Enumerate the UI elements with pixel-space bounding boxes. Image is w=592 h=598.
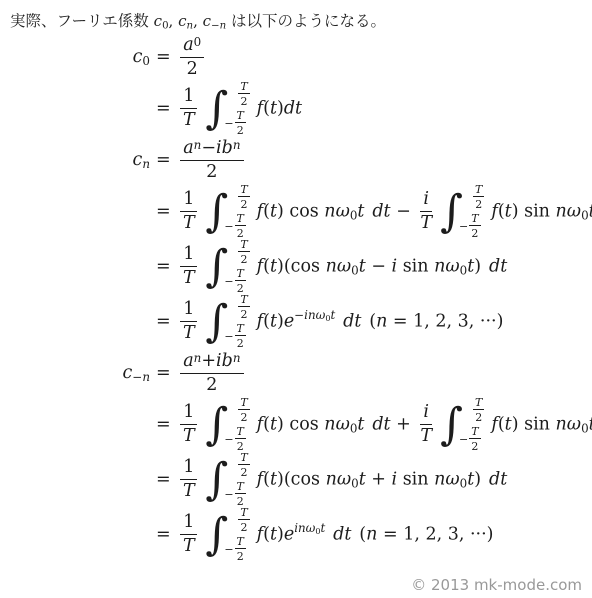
- math-roman: −: [224, 331, 233, 343]
- fraction-numerator: T: [238, 506, 249, 520]
- fraction-numerator: T: [238, 80, 249, 94]
- fraction-numerator: T: [235, 535, 246, 549]
- math-italic: nω: [556, 414, 582, 434]
- math-roman: 2: [240, 253, 247, 266]
- math-fraction: 1T: [180, 457, 197, 502]
- math-italic: t: [589, 414, 592, 434]
- integral: ∫T2−T2: [205, 399, 250, 451]
- math-italic: n: [142, 157, 150, 171]
- fraction-denominator: 2: [475, 197, 482, 211]
- math-roman: (: [263, 414, 270, 434]
- math-fraction: 1T: [180, 189, 197, 234]
- math-roman: =: [156, 47, 176, 67]
- math-italic: T: [240, 238, 247, 251]
- math-roman: (: [263, 524, 270, 544]
- math-italic: t: [505, 414, 512, 434]
- integral: ∫T2−T2: [205, 186, 250, 238]
- math-roman: +: [366, 469, 392, 489]
- math-italic: nω: [324, 414, 350, 434]
- fraction-numerator: T: [235, 425, 246, 439]
- math-italic: t: [505, 201, 512, 221]
- fraction-denominator: 2: [237, 336, 244, 350]
- math-roman: 2: [475, 411, 482, 424]
- math-italic: t: [270, 98, 277, 118]
- math-roman: 2: [240, 95, 247, 108]
- eq-cminusn-definition: c−n = an + ibn2: [56, 351, 592, 396]
- fraction-denominator: 2: [237, 549, 244, 563]
- integral-lower-bound: −T2: [459, 212, 485, 240]
- math-roman: sin: [397, 469, 434, 489]
- math-roman: 2: [471, 227, 478, 240]
- math-italic: T: [183, 323, 195, 344]
- integral-upper-bound: T2: [237, 80, 250, 108]
- integral: ∫T2−T2: [205, 241, 250, 293]
- fraction-denominator: T: [183, 322, 195, 344]
- math-italic: c: [178, 12, 186, 30]
- eq-cn-combined: = 1T∫T2−T2f(t)(cos nω0t − i sin nω0t)dt: [56, 241, 592, 293]
- fraction-numerator: T: [473, 183, 484, 197]
- math-roman: 2: [240, 411, 247, 424]
- integral-upper-bound: T2: [237, 506, 250, 534]
- math-italic: nω: [324, 201, 350, 221]
- fraction-numerator: T: [238, 293, 249, 307]
- math-italic: T: [237, 267, 244, 280]
- math-subscript: 0: [142, 54, 150, 68]
- math-roman: sin: [519, 201, 556, 221]
- math-roman: −: [224, 489, 233, 501]
- math-roman: 2: [240, 466, 247, 479]
- math-subscript: 0: [581, 208, 589, 222]
- math-italic: dt: [284, 98, 302, 118]
- math-italic: dt: [489, 256, 507, 276]
- math-roman: cos: [291, 469, 326, 489]
- fraction-denominator: 2: [240, 197, 247, 211]
- integral: ∫T2−T2: [205, 83, 250, 135]
- fraction-numerator: 1: [180, 402, 197, 425]
- math-roman: ,: [193, 12, 203, 30]
- equation-rhs: = 1T∫T2−T2f(t)e−inω0tdt(n = 1, 2, 3, ···…: [156, 296, 592, 348]
- math-italic: T: [420, 426, 432, 447]
- math-roman: )(: [277, 469, 291, 489]
- integral-upper-bound: T2: [472, 183, 485, 211]
- math-italic: t: [321, 521, 326, 535]
- math-roman: (: [263, 469, 270, 489]
- math-roman: 2: [240, 521, 247, 534]
- math-roman: −: [224, 276, 233, 288]
- math-italic: c: [203, 12, 211, 30]
- math-italic: T: [237, 109, 244, 122]
- math-roman: ): [474, 469, 481, 489]
- math-italic: n: [194, 351, 202, 365]
- integral-lower-bound: −T2: [224, 480, 250, 508]
- integral-lower-bound: −T2: [459, 425, 485, 453]
- math-fraction: T2: [235, 109, 246, 137]
- math-fraction: T2: [235, 322, 246, 350]
- math-roman: 1: [183, 189, 194, 210]
- integral-upper-bound: T2: [472, 396, 485, 424]
- math-italic: dt: [372, 201, 390, 221]
- fraction-numerator: T: [235, 322, 246, 336]
- math-roman: 1: [183, 512, 194, 533]
- intro-math-coefficients: c0, cn, c−n: [154, 12, 226, 30]
- equation-rhs: = a02: [156, 35, 592, 80]
- equation-rhs: = 1T∫T2−T2f(t) cos nω0tdt + iT∫T2−T2f(t)…: [156, 399, 592, 451]
- fraction-denominator: 2: [237, 123, 244, 137]
- math-roman: cos: [284, 414, 324, 434]
- fraction-denominator: 2: [240, 252, 247, 266]
- math-roman: sin: [519, 414, 556, 434]
- math-italic: t: [359, 256, 366, 276]
- math-roman: −: [366, 256, 392, 276]
- math-italic: nω: [326, 256, 352, 276]
- fraction-denominator: 2: [471, 226, 478, 240]
- math-subscript: n: [233, 351, 241, 372]
- integral-bounds: T2−T2: [229, 506, 250, 564]
- math-italic: T: [240, 506, 247, 519]
- math-italic: t: [270, 414, 277, 434]
- eq-cminusn-exponential: = 1T∫T2−T2f(t)einω0tdt(n = 1, 2, 3, ···): [56, 509, 592, 561]
- math-subscript: 0: [351, 263, 359, 277]
- integral: ∫T2−T2: [205, 296, 250, 348]
- math-roman: sin: [397, 256, 434, 276]
- fraction-numerator: T: [235, 480, 246, 494]
- math-roman: cos: [284, 201, 324, 221]
- eq-cn-definition: cn = an − ibn2: [56, 138, 592, 183]
- math-subscript: 0: [581, 421, 589, 435]
- math-roman: 0: [194, 35, 202, 49]
- math-fraction: a02: [180, 35, 204, 80]
- integral-upper-bound: T2: [237, 396, 250, 424]
- equation-rhs: = an − ibn2: [156, 138, 592, 183]
- math-fraction: T2: [469, 212, 480, 240]
- integral-bounds: T2−T2: [229, 183, 250, 241]
- math-italic: t: [357, 201, 364, 221]
- math-subscript: 0: [351, 476, 359, 490]
- math-roman: (: [498, 201, 505, 221]
- integral-upper-bound: T2: [237, 183, 250, 211]
- fraction-numerator: 1: [180, 457, 197, 480]
- math-roman: ): [277, 98, 284, 118]
- math-subscript: n: [194, 351, 202, 372]
- math-roman: −: [224, 221, 233, 233]
- math-italic: T: [240, 396, 247, 409]
- fraction-denominator: T: [183, 109, 195, 131]
- math-italic: t: [270, 469, 277, 489]
- math-italic: T: [237, 425, 244, 438]
- integral-lower-bound: −T2: [224, 322, 250, 350]
- math-subscript: −n: [211, 21, 226, 32]
- math-fraction: T2: [473, 396, 484, 424]
- math-fraction: 1T: [180, 244, 197, 289]
- fraction-numerator: 1: [180, 299, 197, 322]
- math-fraction: iT: [420, 189, 432, 234]
- math-italic: n: [233, 138, 241, 152]
- copyright: © 2013 mk-mode.com: [411, 576, 582, 594]
- math-fraction: iT: [420, 402, 432, 447]
- fraction-numerator: i: [420, 402, 432, 425]
- math-fraction: T2: [238, 396, 249, 424]
- fraction-denominator: 2: [240, 465, 247, 479]
- math-roman: 2: [206, 162, 217, 183]
- integral: ∫T2−T2: [205, 454, 250, 506]
- integral-bounds: T2−T2: [464, 183, 485, 241]
- document-page: 実際、フーリエ係数 c0, cn, c−n は以下のようになる。 c0 = a0…: [0, 9, 592, 561]
- math-italic: T: [183, 481, 195, 502]
- math-roman: 2: [240, 308, 247, 321]
- math-roman: ): [277, 311, 284, 331]
- integral-upper-bound: T2: [237, 238, 250, 266]
- math-italic: n: [233, 351, 241, 365]
- math-italic: T: [240, 80, 247, 93]
- math-italic: a: [183, 351, 193, 372]
- integral-bounds: T2−T2: [229, 238, 250, 296]
- math-roman: −: [211, 21, 220, 32]
- math-italic: n: [376, 311, 387, 331]
- math-roman: = 1, 2, 3, ···): [387, 311, 503, 331]
- math-roman: −: [391, 201, 417, 221]
- integral-upper-bound: T2: [237, 293, 250, 321]
- math-roman: =: [156, 469, 176, 489]
- math-italic: T: [475, 183, 482, 196]
- equation-lhs: c0: [56, 47, 156, 68]
- math-roman: 0: [351, 476, 359, 490]
- math-italic: t: [357, 414, 364, 434]
- math-italic: inω: [294, 521, 315, 535]
- fraction-numerator: T: [238, 238, 249, 252]
- math-italic: dt: [372, 414, 390, 434]
- math-subscript: n: [233, 138, 241, 159]
- equation-lhs: cn: [56, 150, 156, 171]
- math-roman: 1: [183, 402, 194, 423]
- math-roman: =: [156, 201, 176, 221]
- math-roman: 2: [237, 337, 244, 350]
- math-fraction: T2: [238, 183, 249, 211]
- fraction-denominator: T: [420, 212, 432, 234]
- integral-lower-bound: −T2: [224, 109, 250, 137]
- math-italic: nω: [434, 469, 460, 489]
- integral-bounds: T2−T2: [229, 396, 250, 454]
- math-roman: =: [156, 311, 176, 331]
- fraction-numerator: T: [235, 267, 246, 281]
- fraction-denominator: 2: [240, 307, 247, 321]
- math-fraction: T2: [238, 80, 249, 108]
- eq-c0-integral: = 1T∫T2−T2f(t)dt: [56, 83, 592, 135]
- math-roman: −: [224, 434, 233, 446]
- math-italic: T: [183, 426, 195, 447]
- math-subscript: n: [142, 157, 150, 171]
- math-italic: t: [270, 256, 277, 276]
- math-roman: ): [512, 414, 519, 434]
- math-italic: T: [237, 535, 244, 548]
- fraction-numerator: T: [469, 425, 480, 439]
- math-fraction: T2: [235, 212, 246, 240]
- fraction-denominator: 2: [240, 94, 247, 108]
- math-roman: 2: [237, 124, 244, 137]
- math-italic: T: [183, 213, 195, 234]
- math-italic: t: [270, 311, 277, 331]
- math-italic: T: [240, 183, 247, 196]
- fraction-denominator: T: [420, 425, 432, 447]
- math-roman: −: [224, 118, 233, 130]
- math-roman: 2: [240, 198, 247, 211]
- math-roman: −: [132, 370, 142, 384]
- equation-rhs: = 1T∫T2−T2f(t)dt: [156, 83, 592, 135]
- intro-suffix: は以下のようになる。: [226, 12, 386, 30]
- math-roman: =: [156, 363, 176, 383]
- intro-prefix: 実際、フーリエ係数: [10, 12, 154, 30]
- math-italic: i: [423, 189, 429, 210]
- math-italic: t: [270, 524, 277, 544]
- math-roman: ): [277, 201, 284, 221]
- math-italic: nω: [556, 201, 582, 221]
- fraction-denominator: 2: [206, 161, 217, 183]
- math-italic: t: [589, 201, 592, 221]
- math-fraction: T2: [235, 267, 246, 295]
- fraction-numerator: 1: [180, 86, 197, 109]
- integral: ∫T2−T2: [440, 186, 485, 238]
- math-roman: = 1, 2, 3, ···): [377, 524, 493, 544]
- math-italic: T: [183, 110, 195, 131]
- math-roman: +: [201, 351, 216, 372]
- math-subscript: −n: [132, 370, 150, 384]
- eq-cn-expanded: = 1T∫T2−T2f(t) cos nω0tdt − iT∫T2−T2f(t)…: [56, 186, 592, 238]
- math-roman: +: [391, 414, 417, 434]
- math-italic: a: [183, 138, 193, 159]
- math-roman: 0: [581, 208, 589, 222]
- fraction-numerator: T: [235, 109, 246, 123]
- math-roman: ): [277, 414, 284, 434]
- math-italic: t: [359, 469, 366, 489]
- math-italic: T: [240, 293, 247, 306]
- math-roman: 1: [183, 244, 194, 265]
- equation-lhs: c−n: [56, 363, 156, 384]
- equation-rhs: = 1T∫T2−T2f(t) cos nω0tdt − iT∫T2−T2f(t)…: [156, 186, 592, 238]
- eq-cminusn-combined: = 1T∫T2−T2f(t)(cos nω0t + i sin nω0t)dt: [56, 454, 592, 506]
- math-roman: 0: [351, 263, 359, 277]
- math-fraction: 1T: [180, 512, 197, 557]
- math-fraction: 1T: [180, 402, 197, 447]
- math-subscript: n: [194, 138, 202, 159]
- fraction-numerator: T: [238, 451, 249, 465]
- math-italic: e: [284, 311, 294, 331]
- math-roman: cos: [291, 256, 326, 276]
- math-subscript: 0: [194, 35, 202, 56]
- math-italic: T: [183, 268, 195, 289]
- fraction-numerator: an − ibn: [180, 138, 243, 161]
- integral-lower-bound: −T2: [224, 267, 250, 295]
- math-fraction: 1T: [180, 299, 197, 344]
- math-italic: nω: [434, 256, 460, 276]
- math-roman: −: [201, 138, 216, 159]
- math-italic: dt: [489, 469, 507, 489]
- math-italic: c: [133, 47, 143, 67]
- math-roman: =: [156, 98, 176, 118]
- math-roman: 1: [183, 457, 194, 478]
- math-roman: −: [459, 434, 468, 446]
- math-italic: dt: [333, 524, 351, 544]
- math-fraction: 1T: [180, 86, 197, 131]
- integral-bounds: T2−T2: [229, 293, 250, 351]
- math-italic: T: [237, 322, 244, 335]
- fraction-denominator: 2: [187, 58, 198, 80]
- math-fraction: an − ibn2: [180, 138, 243, 183]
- math-italic: c: [123, 363, 133, 383]
- integral-bounds: T2−T2: [229, 451, 250, 509]
- fraction-denominator: T: [183, 535, 195, 557]
- fraction-numerator: an + ibn: [180, 351, 243, 374]
- math-roman: (: [263, 256, 270, 276]
- math-italic: ib: [216, 138, 233, 159]
- math-roman: 0: [142, 54, 150, 68]
- math-superscript: inω0t: [294, 521, 325, 535]
- math-roman: 2: [206, 375, 217, 396]
- math-italic: c: [154, 12, 162, 30]
- math-roman: =: [156, 524, 176, 544]
- math-roman: (: [498, 414, 505, 434]
- integral-upper-bound: T2: [237, 451, 250, 479]
- math-italic: −inω: [294, 308, 325, 322]
- eq-c0-definition: c0 = a02: [56, 35, 592, 80]
- math-roman: −: [224, 544, 233, 556]
- fraction-denominator: T: [183, 425, 195, 447]
- integral: ∫T2−T2: [440, 399, 485, 451]
- fraction-numerator: T: [235, 212, 246, 226]
- math-fraction: T2: [238, 238, 249, 266]
- equation-rhs: = 1T∫T2−T2f(t)(cos nω0t + i sin nω0t)dt: [156, 454, 592, 506]
- fraction-denominator: T: [183, 212, 195, 234]
- fraction-denominator: 2: [240, 410, 247, 424]
- math-italic: T: [471, 425, 478, 438]
- fraction-numerator: 1: [180, 189, 197, 212]
- math-fraction: an + ibn2: [180, 351, 243, 396]
- math-italic: ib: [216, 351, 233, 372]
- math-roman: 2: [237, 550, 244, 563]
- math-fraction: T2: [473, 183, 484, 211]
- fraction-denominator: T: [183, 267, 195, 289]
- math-italic: T: [475, 396, 482, 409]
- math-italic: T: [471, 212, 478, 225]
- math-italic: nω: [326, 469, 352, 489]
- math-italic: e: [284, 524, 294, 544]
- math-roman: =: [156, 256, 176, 276]
- math-fraction: T2: [235, 480, 246, 508]
- math-roman: =: [156, 150, 176, 170]
- math-italic: n: [142, 370, 150, 384]
- math-roman: 2: [471, 440, 478, 453]
- math-fraction: T2: [238, 451, 249, 479]
- integral-bounds: T2−T2: [229, 80, 250, 138]
- fraction-denominator: 2: [206, 374, 217, 396]
- math-italic: T: [237, 480, 244, 493]
- math-italic: dt: [343, 311, 361, 331]
- equation-rhs: = an + ibn2: [156, 351, 592, 396]
- fraction-numerator: a0: [180, 35, 204, 58]
- math-italic: n: [194, 138, 202, 152]
- math-roman: 0: [581, 421, 589, 435]
- math-roman: ): [474, 256, 481, 276]
- fraction-numerator: T: [473, 396, 484, 410]
- fraction-denominator: 2: [471, 439, 478, 453]
- math-roman: (: [263, 98, 270, 118]
- fraction-numerator: T: [238, 396, 249, 410]
- eq-cn-exponential: = 1T∫T2−T2f(t)e−inω0tdt(n = 1, 2, 3, ···…: [56, 296, 592, 348]
- fraction-numerator: T: [238, 183, 249, 197]
- math-roman: 2: [187, 59, 198, 80]
- integral-bounds: T2−T2: [464, 396, 485, 454]
- integral: ∫T2−T2: [205, 509, 250, 561]
- fraction-numerator: 1: [180, 512, 197, 535]
- eq-cminusn-expanded: = 1T∫T2−T2f(t) cos nω0tdt + iT∫T2−T2f(t)…: [56, 399, 592, 451]
